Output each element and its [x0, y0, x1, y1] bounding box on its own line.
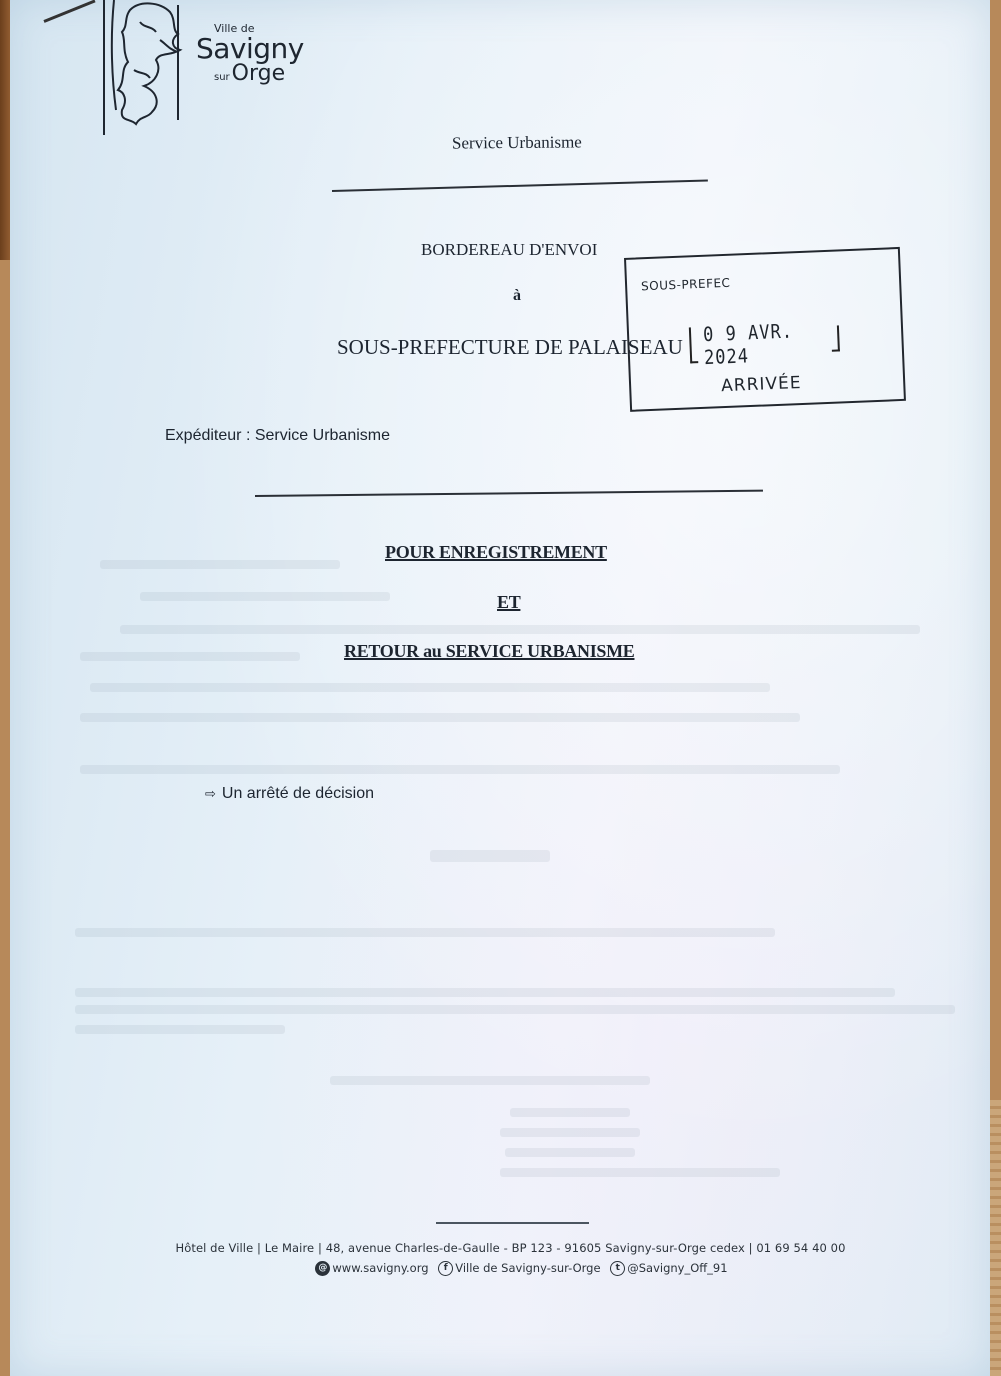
stamp-date-box: 0 9 AVR. 2024: [689, 315, 840, 361]
sender-line: Expéditeur : Service Urbanisme: [165, 427, 390, 445]
bleed-through-text: [140, 592, 390, 601]
purpose-line-2: ET: [497, 592, 520, 613]
bleed-through-text: [75, 1025, 285, 1034]
sender-value: Service Urbanisme: [255, 427, 390, 444]
footer-website: www.savigny.org: [332, 1261, 428, 1275]
footer-divider: [436, 1222, 589, 1224]
form-title: BORDEREAU D'ENVOI: [421, 240, 597, 260]
bleed-through-text: [500, 1128, 640, 1137]
bleed-through-text: [510, 1108, 630, 1117]
globe-icon: @: [315, 1261, 330, 1276]
logo-suffix-small: sur: [214, 72, 230, 83]
bleed-through-text: [500, 1168, 780, 1177]
logo-suffix-main: Orge: [232, 61, 285, 86]
to-word: à: [513, 287, 521, 305]
footer-address: Hôtel de Ville | Le Maire | 48, avenue C…: [10, 1241, 1001, 1255]
bleed-through-text: [330, 1076, 650, 1085]
stamp-bracket-right: [831, 325, 840, 351]
facebook-icon: f: [438, 1261, 453, 1276]
purpose-line-3: RETOUR au SERVICE URBANISME: [344, 641, 635, 662]
service-header: Service Urbanisme: [452, 132, 582, 153]
bleed-through-text: [100, 560, 340, 569]
twitter-icon: t: [610, 1261, 625, 1276]
bleed-through-text: [80, 765, 840, 774]
footer-twitter: @Savigny_Off_91: [627, 1261, 727, 1275]
stamp-date: 0 9 AVR. 2024: [703, 318, 841, 369]
footer-social: @www.savigny.org fVille de Savigny-sur-O…: [18, 1261, 1001, 1276]
bleed-through-text: [75, 928, 775, 937]
attachment-item: ⇨Un arrêté de décision: [205, 785, 374, 803]
bleed-through-text: [120, 625, 920, 634]
double-arrow-right-icon: ⇨: [205, 786, 216, 801]
bleed-through-text: [90, 683, 770, 692]
footer-facebook: Ville de Savigny-sur-Orge: [455, 1261, 600, 1275]
logo-name: Savigny: [196, 35, 306, 63]
sender-label: Expéditeur: [165, 427, 242, 444]
bleed-through-text: [505, 1148, 635, 1157]
arrival-stamp: SOUS-PREFEC 0 9 AVR. 2024 ARRIVÉE: [624, 247, 906, 412]
bleed-through-text: [75, 988, 895, 997]
lion-crest-icon: [100, 0, 200, 138]
stamp-bracket-left: [689, 327, 698, 363]
purpose-line-1: POUR ENREGISTREMENT: [385, 542, 607, 563]
logo-suffix: surOrge: [214, 63, 306, 89]
bleed-through-text: [430, 850, 550, 862]
stamp-organization: SOUS-PREFEC: [641, 276, 731, 294]
attachment-label: Un arrêté de décision: [222, 785, 374, 802]
stamp-status: ARRIVÉE: [721, 373, 802, 396]
city-logo-wordmark: Ville de Savigny surOrge: [196, 22, 306, 89]
bleed-through-text: [80, 713, 800, 722]
bleed-through-text: [75, 1005, 955, 1014]
bleed-through-text: [80, 652, 300, 661]
